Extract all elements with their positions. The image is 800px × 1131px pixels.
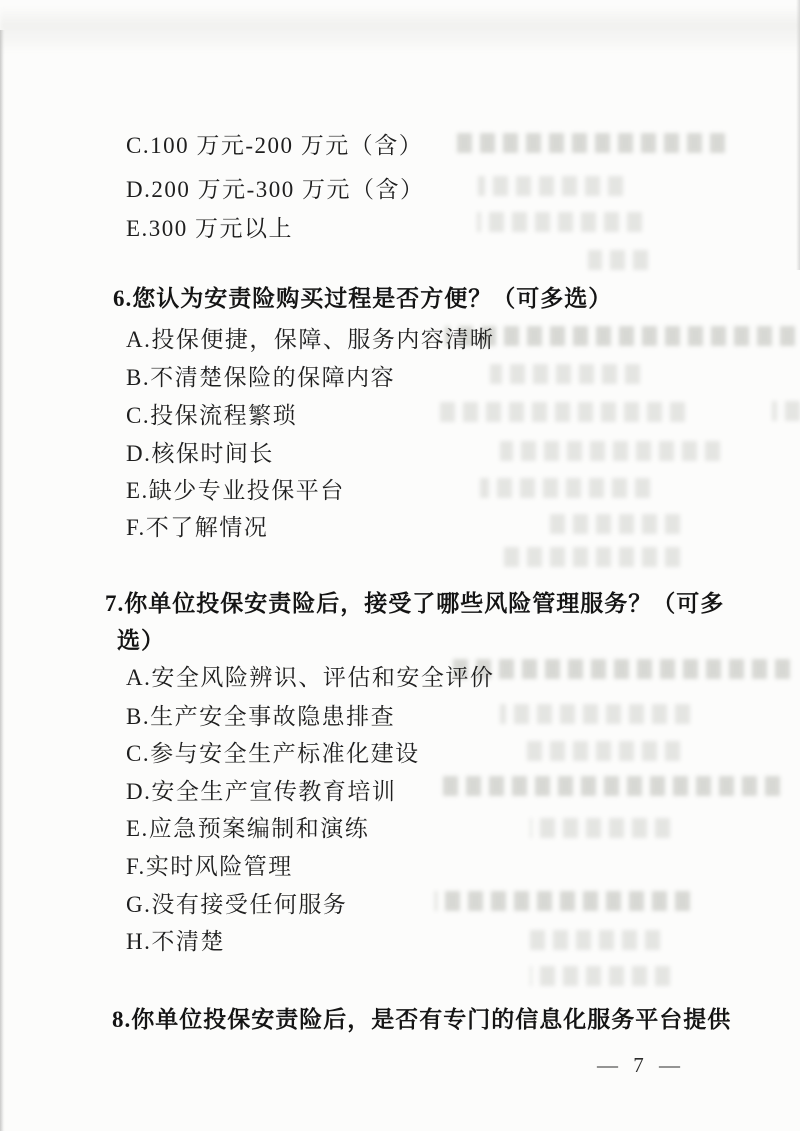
question-7-option-c: C.参与安全生产标准化建设: [126, 735, 420, 768]
question-6-title: 6.您认为安责险购买过程是否方便？（可多选）: [113, 280, 612, 313]
question-7-option-d: D.安全生产宣传教育培训: [126, 773, 396, 806]
carryover-option-e: E.300 万元以上: [126, 210, 293, 243]
question-6-option-a: A.投保便捷，保障、服务内容清晰: [126, 321, 494, 354]
carryover-option-c: C.100 万元-200 万元（含）: [126, 127, 423, 160]
question-6-option-c: C.投保流程繁琐: [126, 397, 297, 430]
page-number: — 7 —: [597, 1053, 685, 1078]
question-7-option-b: B.生产安全事故隐患排查: [126, 698, 395, 731]
carryover-option-d: D.200 万元-300 万元（含）: [126, 171, 425, 204]
scan-edge-left: [0, 30, 5, 1131]
question-7-option-h: H.不清楚: [126, 923, 225, 956]
scan-edge-right: [796, 0, 800, 270]
question-7-option-e: E.应急预案编制和演练: [126, 810, 369, 843]
question-7-option-a: A.安全风险辨识、评估和安全评价: [126, 659, 494, 692]
question-7-title-line-2: 选）: [117, 622, 165, 655]
question-6-option-e: E.缺少专业投保平台: [126, 472, 345, 505]
question-7-option-f: F.实时风险管理: [126, 848, 293, 881]
question-7-title-line-1: 7.你单位投保安责险后，接受了哪些风险管理服务？（可多: [105, 585, 724, 618]
question-6-option-b: B.不清楚保险的保障内容: [126, 359, 395, 392]
question-7-option-g: G.没有接受任何服务: [126, 886, 347, 919]
question-8-title: 8.你单位投保安责险后，是否有专门的信息化服务平台提供: [112, 1001, 731, 1034]
question-6-option-d: D.核保时间长: [126, 435, 274, 468]
scan-noise-band: [0, 6, 800, 54]
scanned-survey-page: C.100 万元-200 万元（含） D.200 万元-300 万元（含） E.…: [0, 0, 800, 1131]
question-6-option-f: F.不了解情况: [126, 509, 268, 542]
